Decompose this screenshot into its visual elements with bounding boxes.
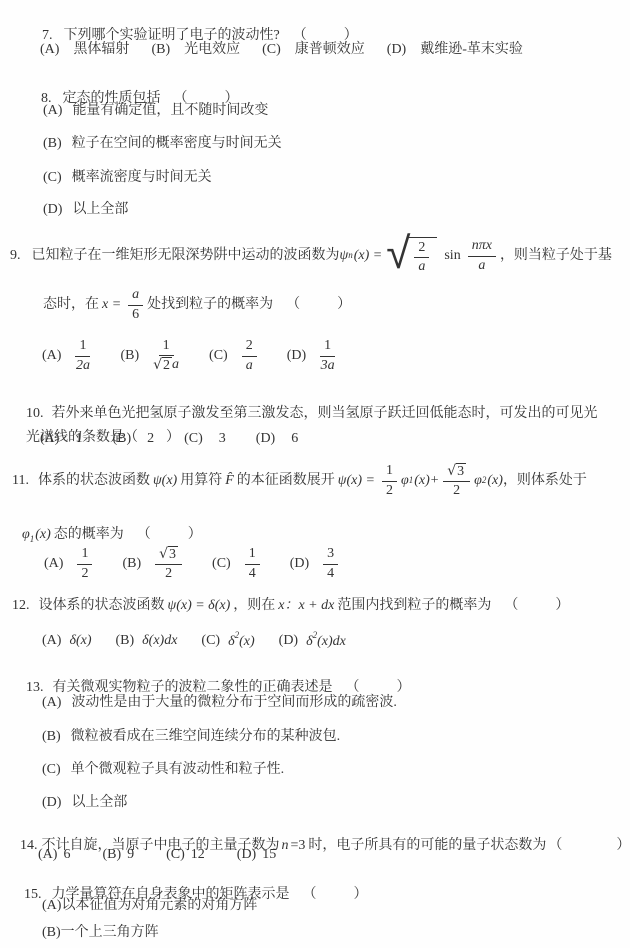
option-a: (A)6 (38, 846, 70, 864)
option-text: 一个上三角方阵 (61, 924, 159, 942)
question-13-option-d: (D)以上全部 (42, 794, 127, 812)
math-fraction: 2 a (414, 240, 429, 275)
option-label: (C) (212, 555, 231, 573)
option-text: 3 (219, 430, 226, 448)
option-label: (A) (42, 347, 61, 365)
math-expression: (x) (239, 634, 255, 649)
question-text: 设体系的状态波函数 (39, 597, 165, 615)
option-label: (B) (42, 728, 61, 746)
math-expression: (x)+ (414, 472, 439, 490)
option-label: (B) (122, 555, 141, 573)
option-label: (A) (42, 632, 61, 650)
question-8-option-c: (C)概率流密度与时间无关 (43, 169, 212, 187)
question-number: 11. (12, 472, 29, 490)
radicand: 3 (168, 546, 178, 563)
option-a: (A)δ(x) (42, 632, 91, 650)
option-text: 黑体辐射 (73, 41, 129, 59)
math-fraction: 2a (242, 338, 257, 373)
question-number: 14. (20, 838, 38, 853)
option-label: (B) (120, 347, 139, 365)
question-text: ，则在 (233, 597, 275, 615)
answer-blank: （ ） (346, 680, 414, 695)
option-label: (C) (43, 169, 62, 187)
question-text: 的本征函数展开 (237, 472, 335, 490)
math-phi-symbol: φ (22, 527, 30, 542)
option-text: 以上全部 (71, 794, 127, 812)
math-radical: √3 (447, 463, 466, 480)
fraction-numerator: √3 (155, 546, 182, 565)
answer-blank: （ ） (286, 296, 354, 314)
math-fraction: 1 √2a (153, 338, 179, 374)
option-c: (C)12 (166, 846, 205, 864)
option-label: (C) (262, 41, 281, 59)
option-text: 概率流密度与时间无关 (72, 169, 212, 187)
option-c: (C) 2a (209, 338, 261, 373)
option-a: (A)1 (40, 430, 82, 448)
option-text: 波动性是由于大量的微粒分布于空间而形成的疏密波. (71, 694, 397, 712)
math-phi-symbol: φ (401, 472, 409, 490)
radicand: 2 a (407, 237, 437, 275)
question-12-stem-line: 12.设体系的状态波函数ψ(x) = δ(x)，则在x：x + dx范围内找到粒… (12, 597, 572, 615)
option-c: (C)3 (184, 430, 226, 448)
question-13-option-c: (C)单个微观粒子具有波动性和粒子性. (42, 761, 284, 779)
option-d: (D) 13a (287, 338, 339, 373)
radical-sign: √ (159, 546, 168, 562)
radical-sign: √ (447, 463, 456, 479)
option-label: (D) (43, 201, 62, 219)
question-9-stem-line: 9.已知粒子在一维矩形无限深势阱中运动的波函数为ψn(x) = √ 2 a si… (10, 230, 612, 282)
option-label: (A) (42, 694, 61, 712)
fraction-numerator: 2 (414, 240, 429, 258)
question-number: 13. (26, 680, 44, 695)
option-a: (A)黑体辐射 (40, 41, 129, 59)
option-math: δ(x) (69, 632, 91, 650)
option-label: (B) (43, 135, 62, 153)
option-label: (B) (112, 430, 131, 448)
question-11-stem-line: 11.体系的状态波函数ψ(x)用算符F̂的本征函数展开ψ(x) = 12 φ1(… (12, 456, 587, 506)
option-label: (B) (115, 632, 134, 650)
math-radical: √ 2 a (386, 237, 437, 275)
math-expression: (x) = (354, 247, 383, 265)
math-symbol: a (172, 357, 179, 374)
option-b: (B) 1 √2a (120, 338, 183, 374)
question-15-option-b: (B)一个上三角方阵 (42, 924, 159, 942)
math-sin: sin (444, 247, 460, 265)
fraction-numerator: 2 (242, 338, 257, 356)
option-math: δ(x)dx (142, 632, 177, 650)
question-text: 用算符 (180, 472, 222, 490)
option-label: (A) (40, 430, 59, 448)
option-b: (B)光电效应 (151, 41, 240, 59)
fraction-numerator: 1 (159, 338, 174, 356)
fraction-numerator: nπx (468, 238, 496, 256)
option-text: 15 (262, 846, 276, 864)
question-8-option-a: (A)能量有确定值，且不随时间改变 (43, 102, 268, 120)
option-text: 微粒被看成在三维空间连续分布的某种波包. (71, 728, 341, 746)
math-fraction: √3 2 (155, 546, 182, 582)
fraction-denominator: √2a (153, 356, 179, 374)
question-9-options: (A) 12a (B) 1 √2a (C) 2a (D) 13a (42, 333, 365, 379)
math-phi-symbol: φ (474, 472, 482, 490)
option-label: (B) (102, 846, 121, 864)
radical-sign: √ (386, 235, 410, 273)
option-b: (B)δ(x)dx (115, 632, 177, 650)
fraction-numerator: 1 (77, 546, 92, 564)
question-13-option-a: (A)波动性是由于大量的微粒分布于空间而形成的疏密波. (42, 694, 397, 712)
math-psi-symbol: ψ (340, 247, 349, 265)
fraction-denominator: 2 (81, 565, 88, 582)
question-15-option-a: (A)以本征值为对角元素的对角方阵 (42, 897, 257, 915)
option-label: (D) (256, 430, 275, 448)
question-number: 15. (24, 887, 42, 902)
option-d: (D) 34 (290, 546, 342, 581)
option-label: (D) (42, 794, 61, 812)
fraction-denominator: 2 (453, 482, 460, 499)
math-fraction: √3 2 (443, 463, 470, 499)
option-label: (B) (151, 41, 170, 59)
fraction-numerator: √3 (443, 463, 470, 482)
math-interval-expression: x：x + dx (278, 597, 334, 615)
fraction-numerator: 1 (245, 546, 260, 564)
math-radical: √3 (159, 546, 178, 563)
option-d: (D)戴维逊-革末实验 (387, 41, 523, 59)
option-label: (A) (40, 41, 59, 59)
fraction-numerator: a (128, 287, 143, 305)
answer-blank: （ ） (548, 838, 630, 853)
option-label: (A) (38, 846, 57, 864)
math-fraction: 12a (75, 338, 90, 373)
math-subscript: 1 (30, 534, 35, 544)
question-text: ，则当粒子处于基 (500, 247, 612, 265)
math-psi-delta-expression: ψ(x) = δ(x) (168, 597, 231, 615)
option-text: 以上全部 (72, 201, 128, 219)
math-fraction: 12 (382, 463, 397, 498)
math-subscript: n (348, 250, 353, 262)
question-text: 态时，在 (43, 296, 99, 314)
option-text: 以本征值为对角元素的对角方阵 (61, 897, 257, 915)
answer-blank: （ ） (303, 887, 371, 902)
radicand: 2 (162, 357, 172, 374)
fraction-denominator: 2a (76, 357, 90, 374)
math-fraction: nπx a (468, 238, 496, 273)
option-c: (C)康普顿效应 (262, 41, 365, 59)
radicand: 3 (456, 463, 466, 480)
option-text: 单个微观粒子具有波动性和粒子性. (71, 761, 285, 779)
math-fraction: a 6 (128, 287, 143, 322)
option-text: 能量有确定值，且不随时间改变 (72, 102, 268, 120)
fraction-denominator: a (418, 258, 425, 275)
option-c: (C) 14 (212, 546, 264, 581)
option-a: (A) 12 (44, 546, 96, 581)
option-d: (D)15 (237, 846, 276, 864)
exam-document-page: 7.下列哪个实验证明了电子的波动性?（ ） (A)黑体辐射 (B)光电效应 (C… (0, 0, 630, 948)
math-expression: (x)dx (317, 634, 346, 649)
fraction-denominator: 2 (165, 565, 172, 582)
option-label: (A) (42, 897, 61, 915)
fraction-denominator: 6 (132, 306, 139, 323)
option-text: 6 (63, 846, 70, 864)
option-label: (D) (237, 846, 256, 864)
question-9-stem-line-2: 态时，在 x = a 6 处找到粒子的概率为 （ ） (43, 283, 354, 327)
option-text: 6 (291, 430, 298, 448)
fraction-denominator: a (478, 257, 485, 274)
radical-sign: √ (153, 357, 162, 373)
option-text: 1 (75, 430, 82, 448)
option-label: (A) (43, 102, 62, 120)
option-label: (D) (290, 555, 309, 573)
question-11-options: (A) 12 (B) √3 2 (C) 14 (D) 34 (44, 540, 368, 588)
question-12-options: (A)δ(x) (B)δ(x)dx (C)δ2(x) (D)δ2(x)dx (42, 630, 370, 651)
option-d: (D)δ2(x)dx (279, 630, 346, 651)
fraction-denominator: 4 (327, 565, 334, 582)
fraction-denominator: 4 (249, 565, 256, 582)
question-10-options: (A)1 (B)2 (C)3 (D)6 (40, 430, 328, 448)
question-text: 范围内找到粒子的概率为 (337, 597, 491, 615)
math-fraction: 12 (77, 546, 92, 581)
option-b: (B) √3 2 (122, 546, 186, 582)
option-text: 9 (127, 846, 134, 864)
question-text: 已知粒子在一维矩形无限深势阱中运动的波函数为 (32, 247, 340, 265)
math-fraction: 14 (245, 546, 260, 581)
answer-blank: （ ） (504, 597, 572, 615)
fraction-denominator: a (246, 357, 253, 374)
option-a: (A) 12a (42, 338, 94, 373)
option-label: (D) (287, 347, 306, 365)
option-d: (D)6 (256, 430, 298, 448)
question-14-options: (A)6 (B)9 (C)12 (D)15 (38, 846, 308, 864)
math-fraction: 13a (320, 338, 335, 373)
fraction-denominator: 3a (321, 357, 335, 374)
option-math: δ2(x) (228, 630, 255, 651)
question-8-option-d: (D)以上全部 (43, 201, 128, 219)
option-label: (B) (42, 924, 61, 942)
question-text: 时，电子所具有的可能的量子状态数为 (308, 838, 546, 853)
math-psi-expression: ψ(x) (153, 472, 177, 490)
option-text: 12 (191, 846, 205, 864)
math-radical: √2 (153, 357, 172, 374)
question-8-option-b: (B)粒子在空间的概率密度与时间无关 (43, 135, 282, 153)
math-fraction: 34 (323, 546, 338, 581)
question-text: 处找到粒子的概率为 (147, 296, 273, 314)
option-label: (D) (387, 41, 406, 59)
option-c: (C)δ2(x) (201, 630, 254, 651)
question-text: 有关微观实物粒子的波粒二象性的正确表述是 (53, 680, 333, 695)
question-13-option-b: (B)微粒被看成在三维空间连续分布的某种波包. (42, 728, 340, 746)
option-text: 光电效应 (184, 41, 240, 59)
option-label: (C) (201, 632, 220, 650)
option-label: (C) (166, 846, 185, 864)
question-text: ，则体系处于 (503, 472, 587, 490)
question-number: 9. (10, 247, 21, 265)
option-text: 2 (147, 430, 154, 448)
option-label: (C) (42, 761, 61, 779)
option-text: 戴维逊-革末实验 (420, 41, 523, 59)
fraction-numerator: 1 (320, 338, 335, 356)
fraction-numerator: 1 (382, 463, 397, 481)
option-label: (D) (279, 632, 298, 650)
question-text: 体系的状态波函数 (38, 472, 150, 490)
option-label: (C) (184, 430, 203, 448)
math-expression: (x) (487, 472, 503, 490)
math-operator-f-hat: F̂ (225, 472, 234, 490)
fraction-numerator: 1 (75, 338, 90, 356)
option-text: 粒子在空间的概率密度与时间无关 (72, 135, 282, 153)
math-subscript: 2 (482, 475, 487, 487)
math-subscript: 1 (409, 475, 414, 487)
question-number: 12. (12, 597, 30, 615)
fraction-denominator: 2 (386, 482, 393, 499)
question-7-options: (A)黑体辐射 (B)光电效应 (C)康普顿效应 (D)戴维逊-革末实验 (40, 41, 545, 59)
option-text: 康普顿效应 (295, 41, 365, 59)
fraction-numerator: 3 (323, 546, 338, 564)
option-label: (C) (209, 347, 228, 365)
math-psi-expression: ψ(x) = (338, 472, 375, 490)
option-label: (A) (44, 555, 63, 573)
option-math: δ2(x)dx (306, 630, 346, 651)
math-expression: x = (102, 296, 121, 314)
option-b: (B)2 (112, 430, 154, 448)
option-b: (B)9 (102, 846, 134, 864)
